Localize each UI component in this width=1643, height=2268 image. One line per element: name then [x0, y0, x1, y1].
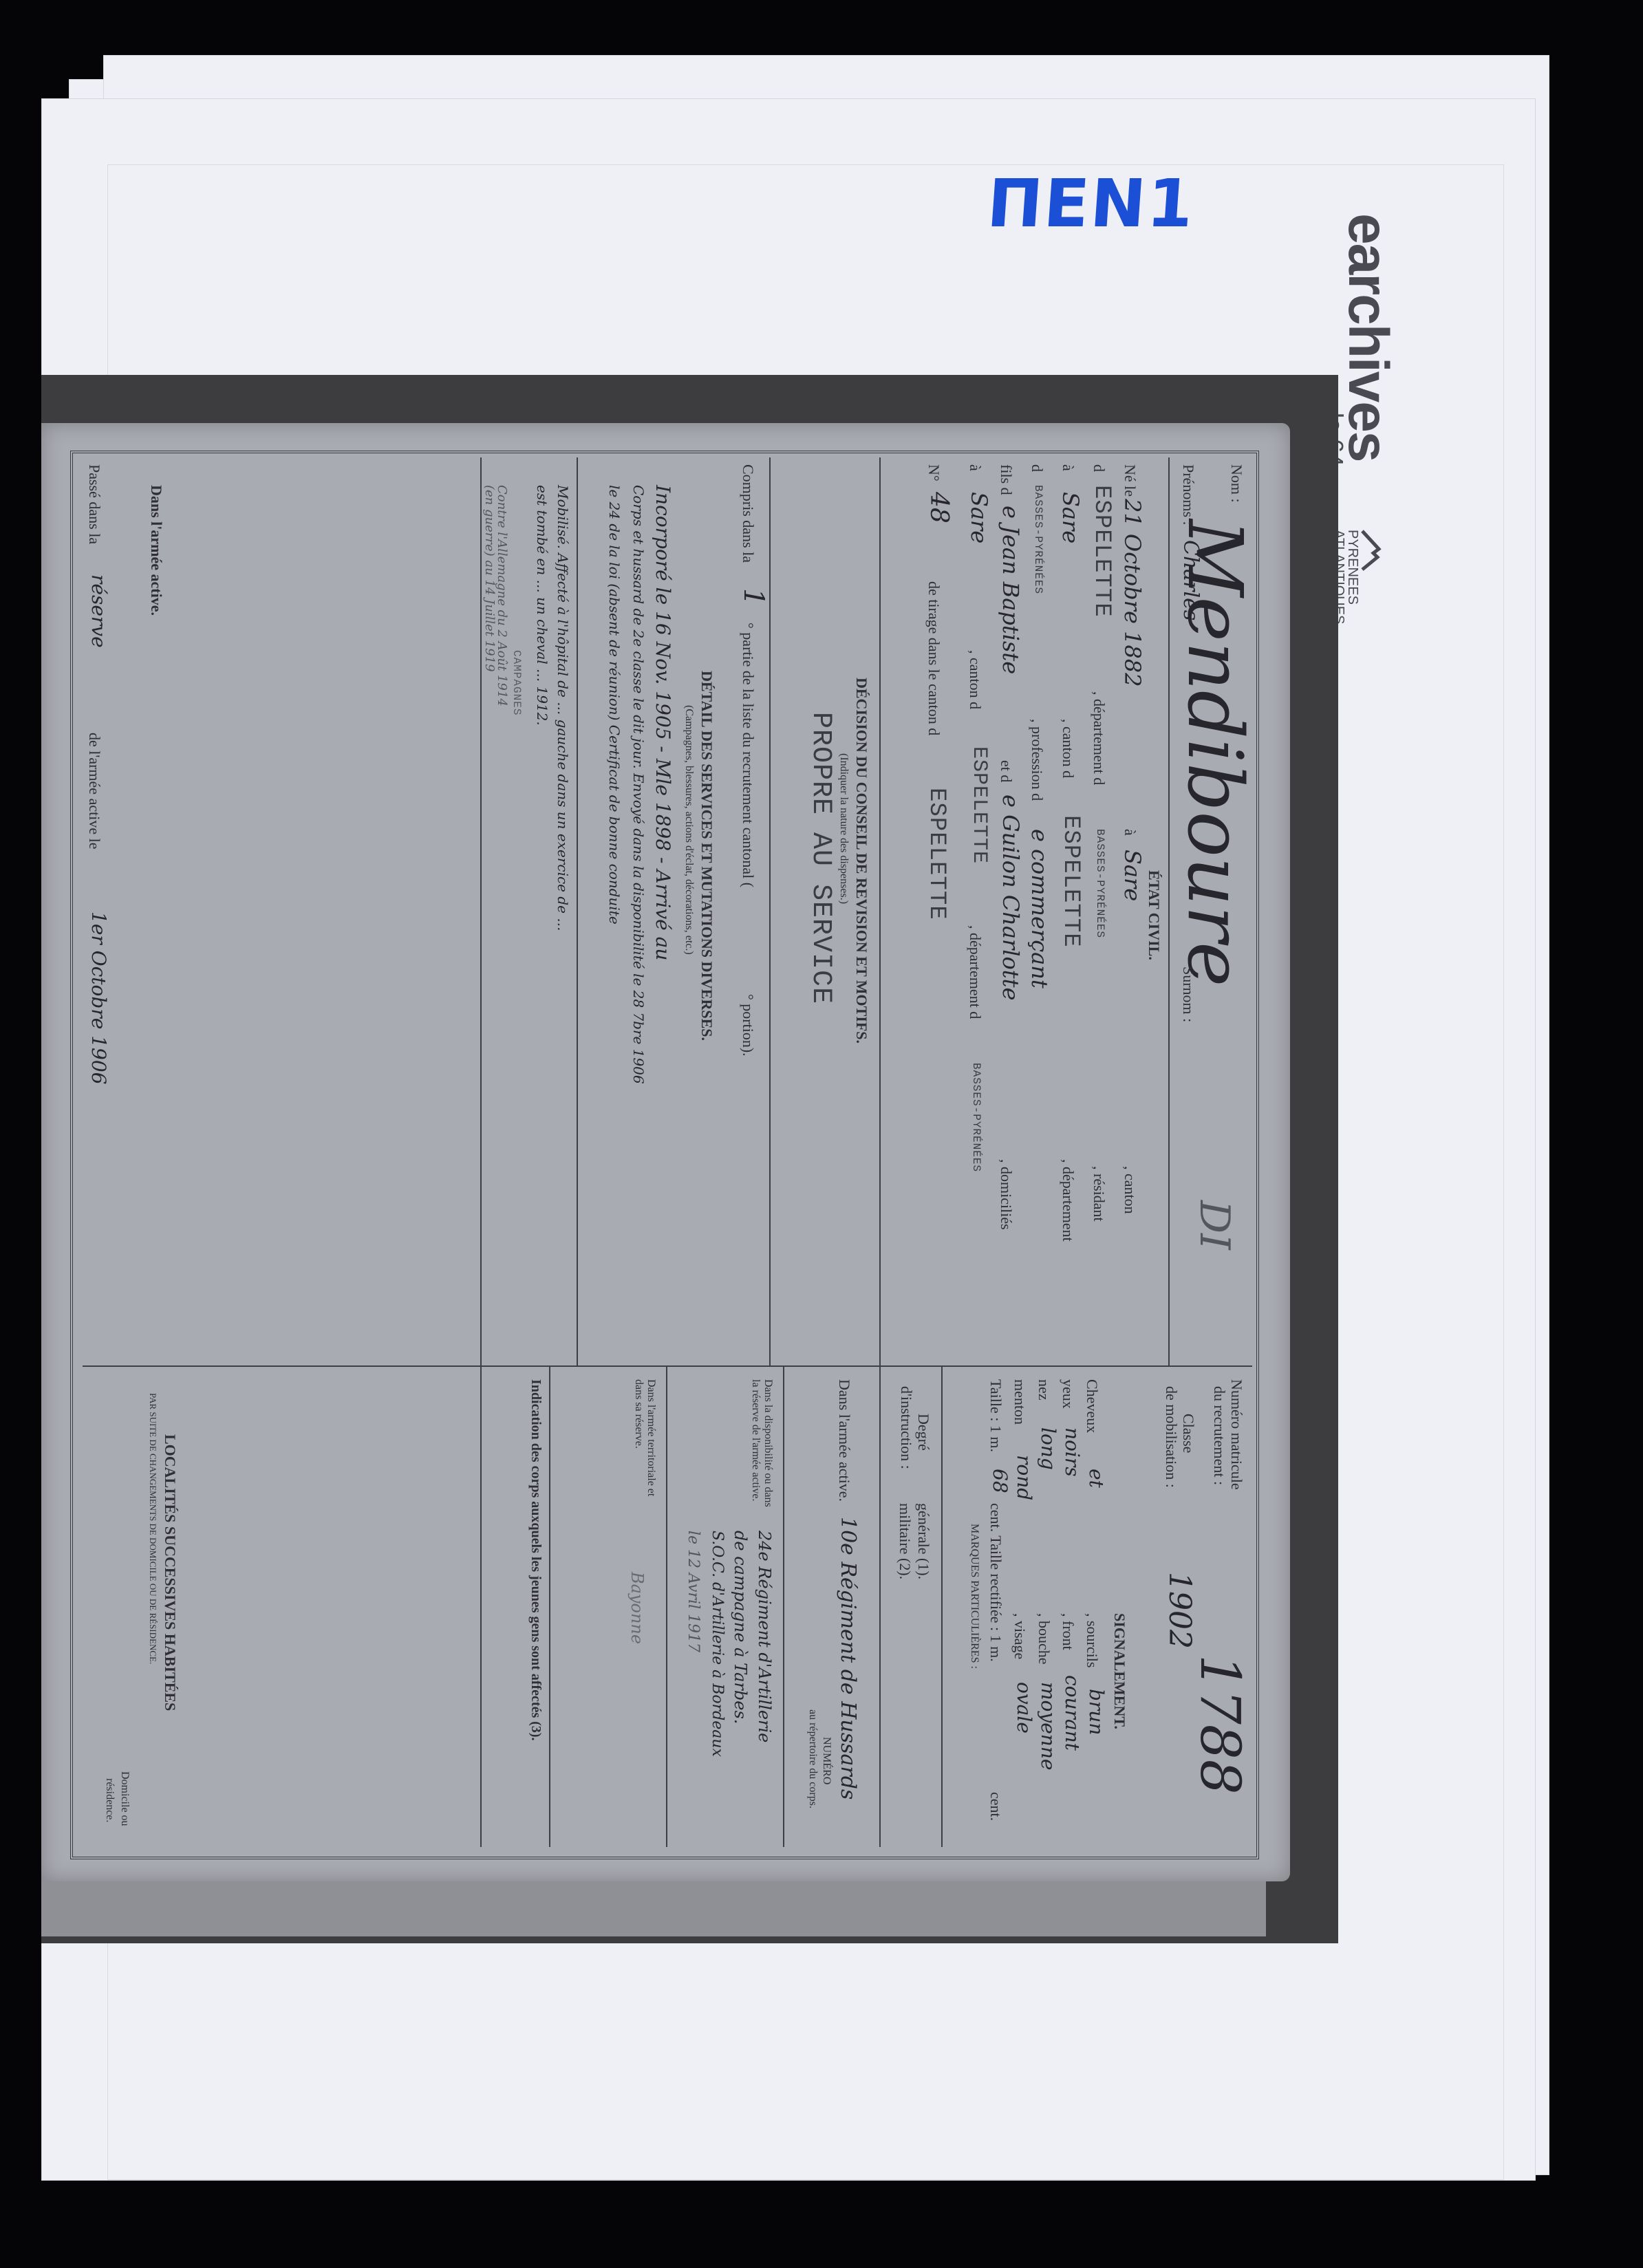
domicilies-label: , domiciliés — [997, 1159, 1015, 1230]
handwritten-marker-note: ПЕN1 — [985, 165, 1197, 242]
profession-value: e commerçant — [1027, 829, 1053, 989]
detail-subheading: (Campagnes, blessures, actions d'éclat, … — [683, 705, 695, 955]
disponibilite-line: 24e Régiment d'Artillerie — [755, 1531, 774, 1742]
residant-dept-label: , département — [1059, 1159, 1077, 1242]
classe-label-2: de mobilisation : — [1162, 1386, 1180, 1488]
residant-prefix: à — [1059, 464, 1077, 471]
detail-heading: DÉTAIL DES SERVICES ET MUTATIONS DIVERSE… — [698, 671, 716, 1041]
detail-line: Incorporé le 16 Nov. 1905 - Mle 1898 - A… — [652, 485, 674, 960]
compris-label-end: ° partie de la liste du recrutement cant… — [739, 623, 757, 887]
surnom-label: Surnom : — [1179, 966, 1197, 1022]
campagnes-line: (en guerre) au 14 Juillet 1919 — [482, 485, 497, 672]
et-label: et d — [997, 760, 1015, 782]
disponibilite-line: de campagne à Tarbes. — [731, 1531, 750, 1724]
passe-mid: de l'armée active le — [85, 733, 103, 849]
decision-value: PROPRE AU SERVICE — [805, 712, 836, 1004]
menton-value: rond — [1013, 1455, 1035, 1500]
departement-label: , département d — [1090, 691, 1108, 785]
active-value: 10e Régiment de Hussards — [836, 1517, 860, 1800]
disponibilite-line: le 12 Avril 1917 — [685, 1531, 702, 1652]
numero-repertoire-sub: au répertoire du corps. — [806, 1709, 819, 1808]
register-page: Nom : Mendiboure DI Prénoms : Charles Su… — [41, 423, 1290, 1881]
register-photo: Nom : Mendiboure DI Prénoms : Charles Su… — [41, 375, 1338, 1943]
mountain-icon — [1360, 530, 1383, 571]
prenoms-label: Prénoms : — [1179, 464, 1197, 526]
tirage-text: de tirage dans le canton d — [925, 581, 943, 735]
divider — [577, 457, 578, 1365]
territoriale-label: Dans l'armée territoriale et dans sa rés… — [632, 1379, 657, 1517]
et-value: e Guilon Charlotte — [998, 795, 1024, 1000]
page-edge — [41, 1881, 1266, 1936]
taille-value: 68 — [989, 1469, 1011, 1493]
divider — [879, 457, 881, 1365]
yeux-value: noirs — [1061, 1427, 1084, 1477]
divider — [666, 1365, 667, 1847]
residant-dept-value: BASSES-PYRÉNÉES — [1032, 485, 1044, 594]
visage-label: , visage — [1011, 1613, 1029, 1659]
domicilies-prefix: à — [966, 464, 984, 471]
domicilies-value: Sare — [966, 492, 992, 543]
numero-matricule-value: 1788 — [1188, 1654, 1252, 1795]
compris-label-start: Compris dans la — [739, 464, 757, 563]
dom-dept-value: BASSES-PYRÉNÉES — [970, 1063, 982, 1172]
divider — [783, 1365, 784, 1847]
divider — [941, 1365, 943, 1847]
domicile-label: Domicile ou — [118, 1771, 131, 1826]
fils-label: fils d — [997, 464, 1015, 495]
ne-le-label: Né le — [1121, 464, 1139, 497]
tirage-no-value: 48 — [925, 492, 953, 523]
front-label: , front — [1059, 1613, 1077, 1650]
section-divider — [83, 1365, 1252, 1367]
decision-heading: DÉCISION DU CONSEIL DE REVISION ET MOTIF… — [852, 678, 870, 1044]
passe-label: Passé dans la — [85, 464, 103, 544]
territoriale-value: Bayonne — [627, 1572, 647, 1644]
fils-value: e Jean Baptiste — [998, 506, 1024, 674]
passe-date: 1er Octobre 1906 — [87, 911, 110, 1084]
campagnes-line: Contre l'Allemagne du 2 Août 1914 — [495, 485, 509, 706]
cheveux-value: et — [1085, 1469, 1108, 1488]
cheveux-label: Cheveux — [1083, 1379, 1101, 1433]
classe-label: Classe — [1179, 1414, 1197, 1453]
instruction-militaire: militaire (2). — [896, 1503, 914, 1579]
residant-label: , résidant — [1090, 1166, 1108, 1222]
bouche-value: moyenne — [1037, 1682, 1060, 1770]
instruction-label: Degré — [914, 1414, 932, 1451]
instruction-label-2: d'instruction : — [897, 1386, 915, 1469]
prenoms-value: Charles — [1179, 540, 1203, 620]
visage-value: ovale — [1013, 1682, 1035, 1734]
classe-value: 1902 — [1162, 1572, 1197, 1649]
canton-prefix: d — [1090, 464, 1108, 472]
numero-repertoire-label: NUMÉRO — [820, 1737, 833, 1784]
marques-label: MARQUES PARTICULIÈRES : — [968, 1524, 980, 1669]
taille-rect-end: cent. — [987, 1792, 1005, 1821]
yeux-label: yeux — [1059, 1379, 1077, 1409]
dom-dept-label: , département d — [966, 925, 984, 1019]
dom-canton-label: , canton d — [966, 650, 984, 709]
nez-label: nez — [1035, 1379, 1053, 1401]
ne-le-value: 21 Octobre 1882 — [1119, 499, 1146, 687]
residant-canton-label: , canton d — [1059, 719, 1077, 778]
divider — [480, 457, 482, 1847]
a-label: à — [1121, 829, 1139, 836]
disponibilite-line: S.O.C. d'Artillerie à Bordeaux — [709, 1531, 726, 1757]
disponibilite-label: Dans la disponibilité ou dans la réserve… — [749, 1379, 774, 1517]
register-form: Nom : Mendiboure DI Prénoms : Charles Su… — [69, 444, 1266, 1861]
compris-value: 1 — [738, 588, 769, 605]
bouche-label: , bouche — [1035, 1613, 1053, 1665]
detail-line: Corps et hussard de 2e classe le dit jou… — [630, 485, 647, 1084]
taille-label: Taille : 1 m. — [987, 1379, 1005, 1452]
nom-label: Nom : — [1227, 464, 1245, 503]
divider — [1168, 457, 1170, 1365]
residant-canton-value: ESPELETTE — [1057, 815, 1084, 948]
numero-matricule-label-2: du recrutement : — [1210, 1386, 1228, 1485]
profession-label: , profession d — [1028, 719, 1046, 801]
menton-label: menton — [1011, 1379, 1029, 1425]
etat-civil-heading: ÉTAT CIVIL. — [1145, 870, 1163, 960]
campagnes-stamp: CAMPAGNES — [511, 650, 523, 715]
nez-value: long — [1037, 1427, 1060, 1470]
decision-subheading: (Indiquer la nature des dispenses.) — [837, 753, 850, 904]
residant-value: Sare — [1057, 492, 1084, 543]
residant-dept-prefix: d — [1028, 464, 1046, 472]
armee-line: est tombé en ... un cheval ... 1912. — [534, 485, 550, 726]
departement-value: BASSES-PYRÉNÉES — [1094, 829, 1106, 938]
active-label: Dans l'armée active. — [835, 1379, 853, 1502]
tirage-no-label: N° — [925, 464, 943, 482]
a-value: Sare — [1119, 850, 1146, 901]
sourcils-value: brun — [1085, 1689, 1108, 1735]
instruction-generale: générale (1). — [914, 1503, 932, 1579]
indication-heading: Indication des corps auxquels les jeunes… — [528, 1379, 544, 1741]
front-value: courant — [1061, 1675, 1084, 1751]
canton-label: , canton — [1121, 1166, 1139, 1214]
taille-rect-label: cent. Taille rectifiée : 1 m. — [987, 1503, 1005, 1662]
residence-label: résidence. — [103, 1778, 116, 1822]
signalement-heading: SIGNALEMENT. — [1110, 1613, 1128, 1729]
sourcils-label: , sourcils — [1083, 1613, 1101, 1667]
localites-subheading: PAR SUITE DE CHANGEMENTS DE DOMICILE OU … — [147, 1393, 158, 1664]
numero-matricule-label: Numéro matricule — [1227, 1379, 1245, 1490]
detail-line: le 24 de la loi (absent de réunion) Cert… — [606, 485, 623, 925]
divider — [879, 1365, 881, 1847]
passe-value: réserve — [87, 574, 110, 648]
canton-value: ESPELETTE — [1088, 485, 1115, 618]
nom-annotation: DI — [1190, 1200, 1238, 1250]
divider — [549, 1365, 550, 1847]
dom-canton-value: ESPELETTE — [967, 746, 991, 864]
armee-active-heading: Dans l'armée active. — [147, 485, 165, 616]
compris-portion: ° portion). — [739, 994, 757, 1057]
divider — [769, 457, 771, 1365]
armee-line: Mobilisé. Affecté à l'hôpital de ... gau… — [555, 485, 571, 931]
localites-heading: LOCALITÉS SUCCESSIVES HABITÉES — [161, 1434, 179, 1711]
tirage-canton-value: ESPELETTE — [923, 788, 949, 920]
